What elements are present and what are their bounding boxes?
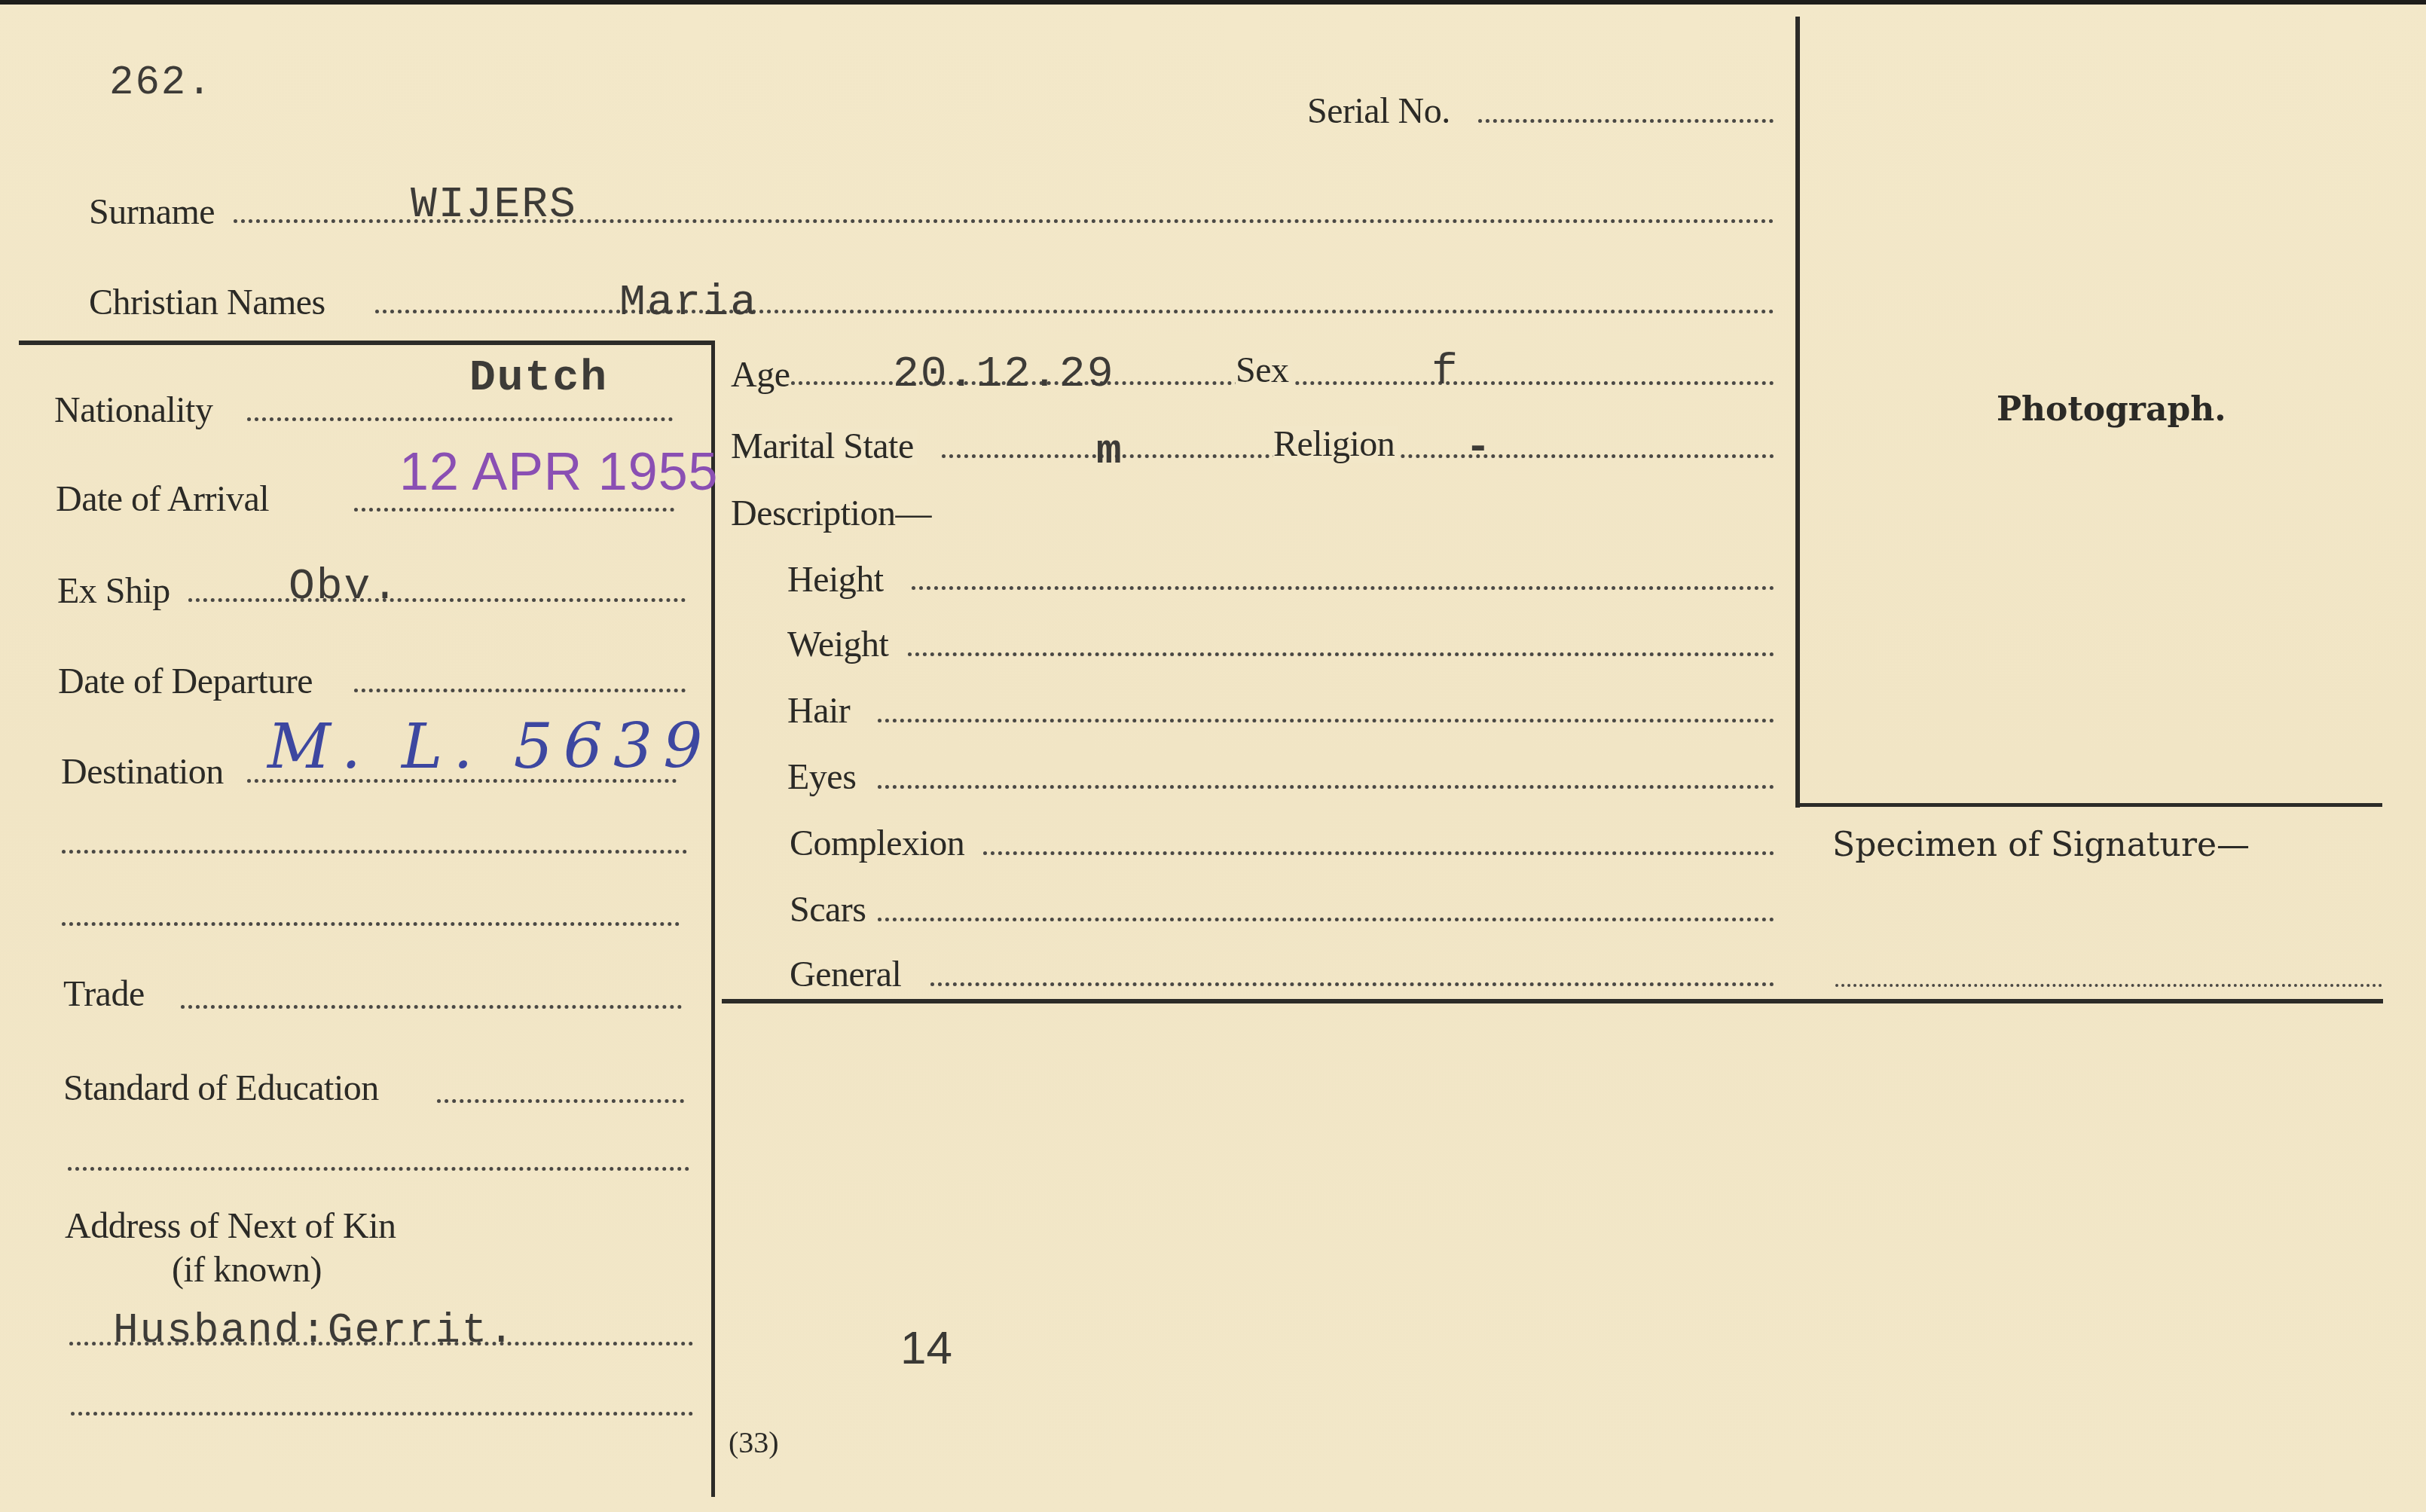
general-field[interactable] [930,982,1774,986]
next-of-kin-extra-line[interactable] [71,1412,693,1416]
religion-value: - [1465,426,1493,469]
surname-label: Surname [89,194,215,231]
nationality-label: Nationality [54,393,212,429]
eyes-field[interactable] [878,785,1774,789]
photograph-box [1800,17,2382,803]
eyes-label: Eyes [787,759,856,796]
serial-no-field[interactable] [1478,119,1774,123]
destination-value-handwritten: M. L. 5639 [267,716,713,778]
destination-label: Destination [61,754,224,790]
christian-names-label: Christian Names [89,285,325,321]
christian-names-value: Maria [619,282,758,325]
ex-ship-label: Ex Ship [57,573,170,609]
next-of-kin-sublabel: (if known) [172,1252,322,1288]
trade-label: Trade [63,976,145,1013]
height-label: Height [787,562,884,598]
date-of-departure-label: Date of Departure [58,664,313,700]
height-field[interactable] [912,586,1774,590]
complexion-label: Complexion [790,826,964,862]
trade-field[interactable] [181,1005,682,1009]
nationality-field[interactable] [247,417,673,421]
hair-field[interactable] [878,719,1774,722]
scars-label: Scars [790,892,866,928]
christian-names-field[interactable] [375,310,1774,313]
date-of-arrival-field[interactable] [354,508,674,512]
description-divider [722,999,2383,1003]
age-label: Age [731,357,790,393]
religion-label: Religion [1273,426,1398,463]
destination-extra-line-1[interactable] [62,850,687,854]
general-label: General [790,957,901,993]
standard-of-education-label: Standard of Education [63,1071,379,1107]
photo-box-bottom [1800,803,2382,807]
nationality-value: Dutch [469,357,608,401]
date-of-arrival-label: Date of Arrival [56,481,269,518]
scars-field[interactable] [878,918,1774,921]
marital-state-label: Marital State [731,429,917,465]
registration-card: 262. Serial No. Surname WIJERS Christian… [0,0,2426,1512]
age-value: 20.12.29 [893,353,1114,397]
surname-value: WIJERS [411,184,577,228]
next-of-kin-value: Husband:Gerrit. [113,1309,515,1352]
form-number: (33) [729,1425,779,1460]
signature-label: Specimen of Signature— [1832,826,2250,864]
column-divider-left [711,341,715,1497]
date-of-departure-field[interactable] [354,689,686,692]
sex-label: Sex [1236,353,1292,389]
signature-field[interactable] [1835,984,2382,987]
hair-label: Hair [787,693,850,729]
sex-value: f [1431,351,1459,395]
weight-field[interactable] [908,652,1774,656]
ex-ship-field[interactable] [188,598,686,602]
ex-ship-value: Obv. [289,566,399,609]
marital-state-value: m [1096,430,1123,472]
standard-of-education-field[interactable] [437,1099,684,1103]
section-divider [19,341,712,345]
education-extra-line[interactable] [68,1167,689,1171]
serial-no-label: Serial No. [1307,93,1450,130]
card-number: 262. [109,63,213,104]
destination-extra-line-2[interactable] [62,922,680,926]
next-of-kin-label: Address of Next of Kin [65,1208,396,1245]
description-heading: Description— [731,496,931,532]
weight-label: Weight [787,627,888,663]
handwritten-number: 14 [900,1321,952,1375]
complexion-field[interactable] [983,851,1774,855]
arrival-date-stamp: 12 APR 1955 [399,445,719,498]
